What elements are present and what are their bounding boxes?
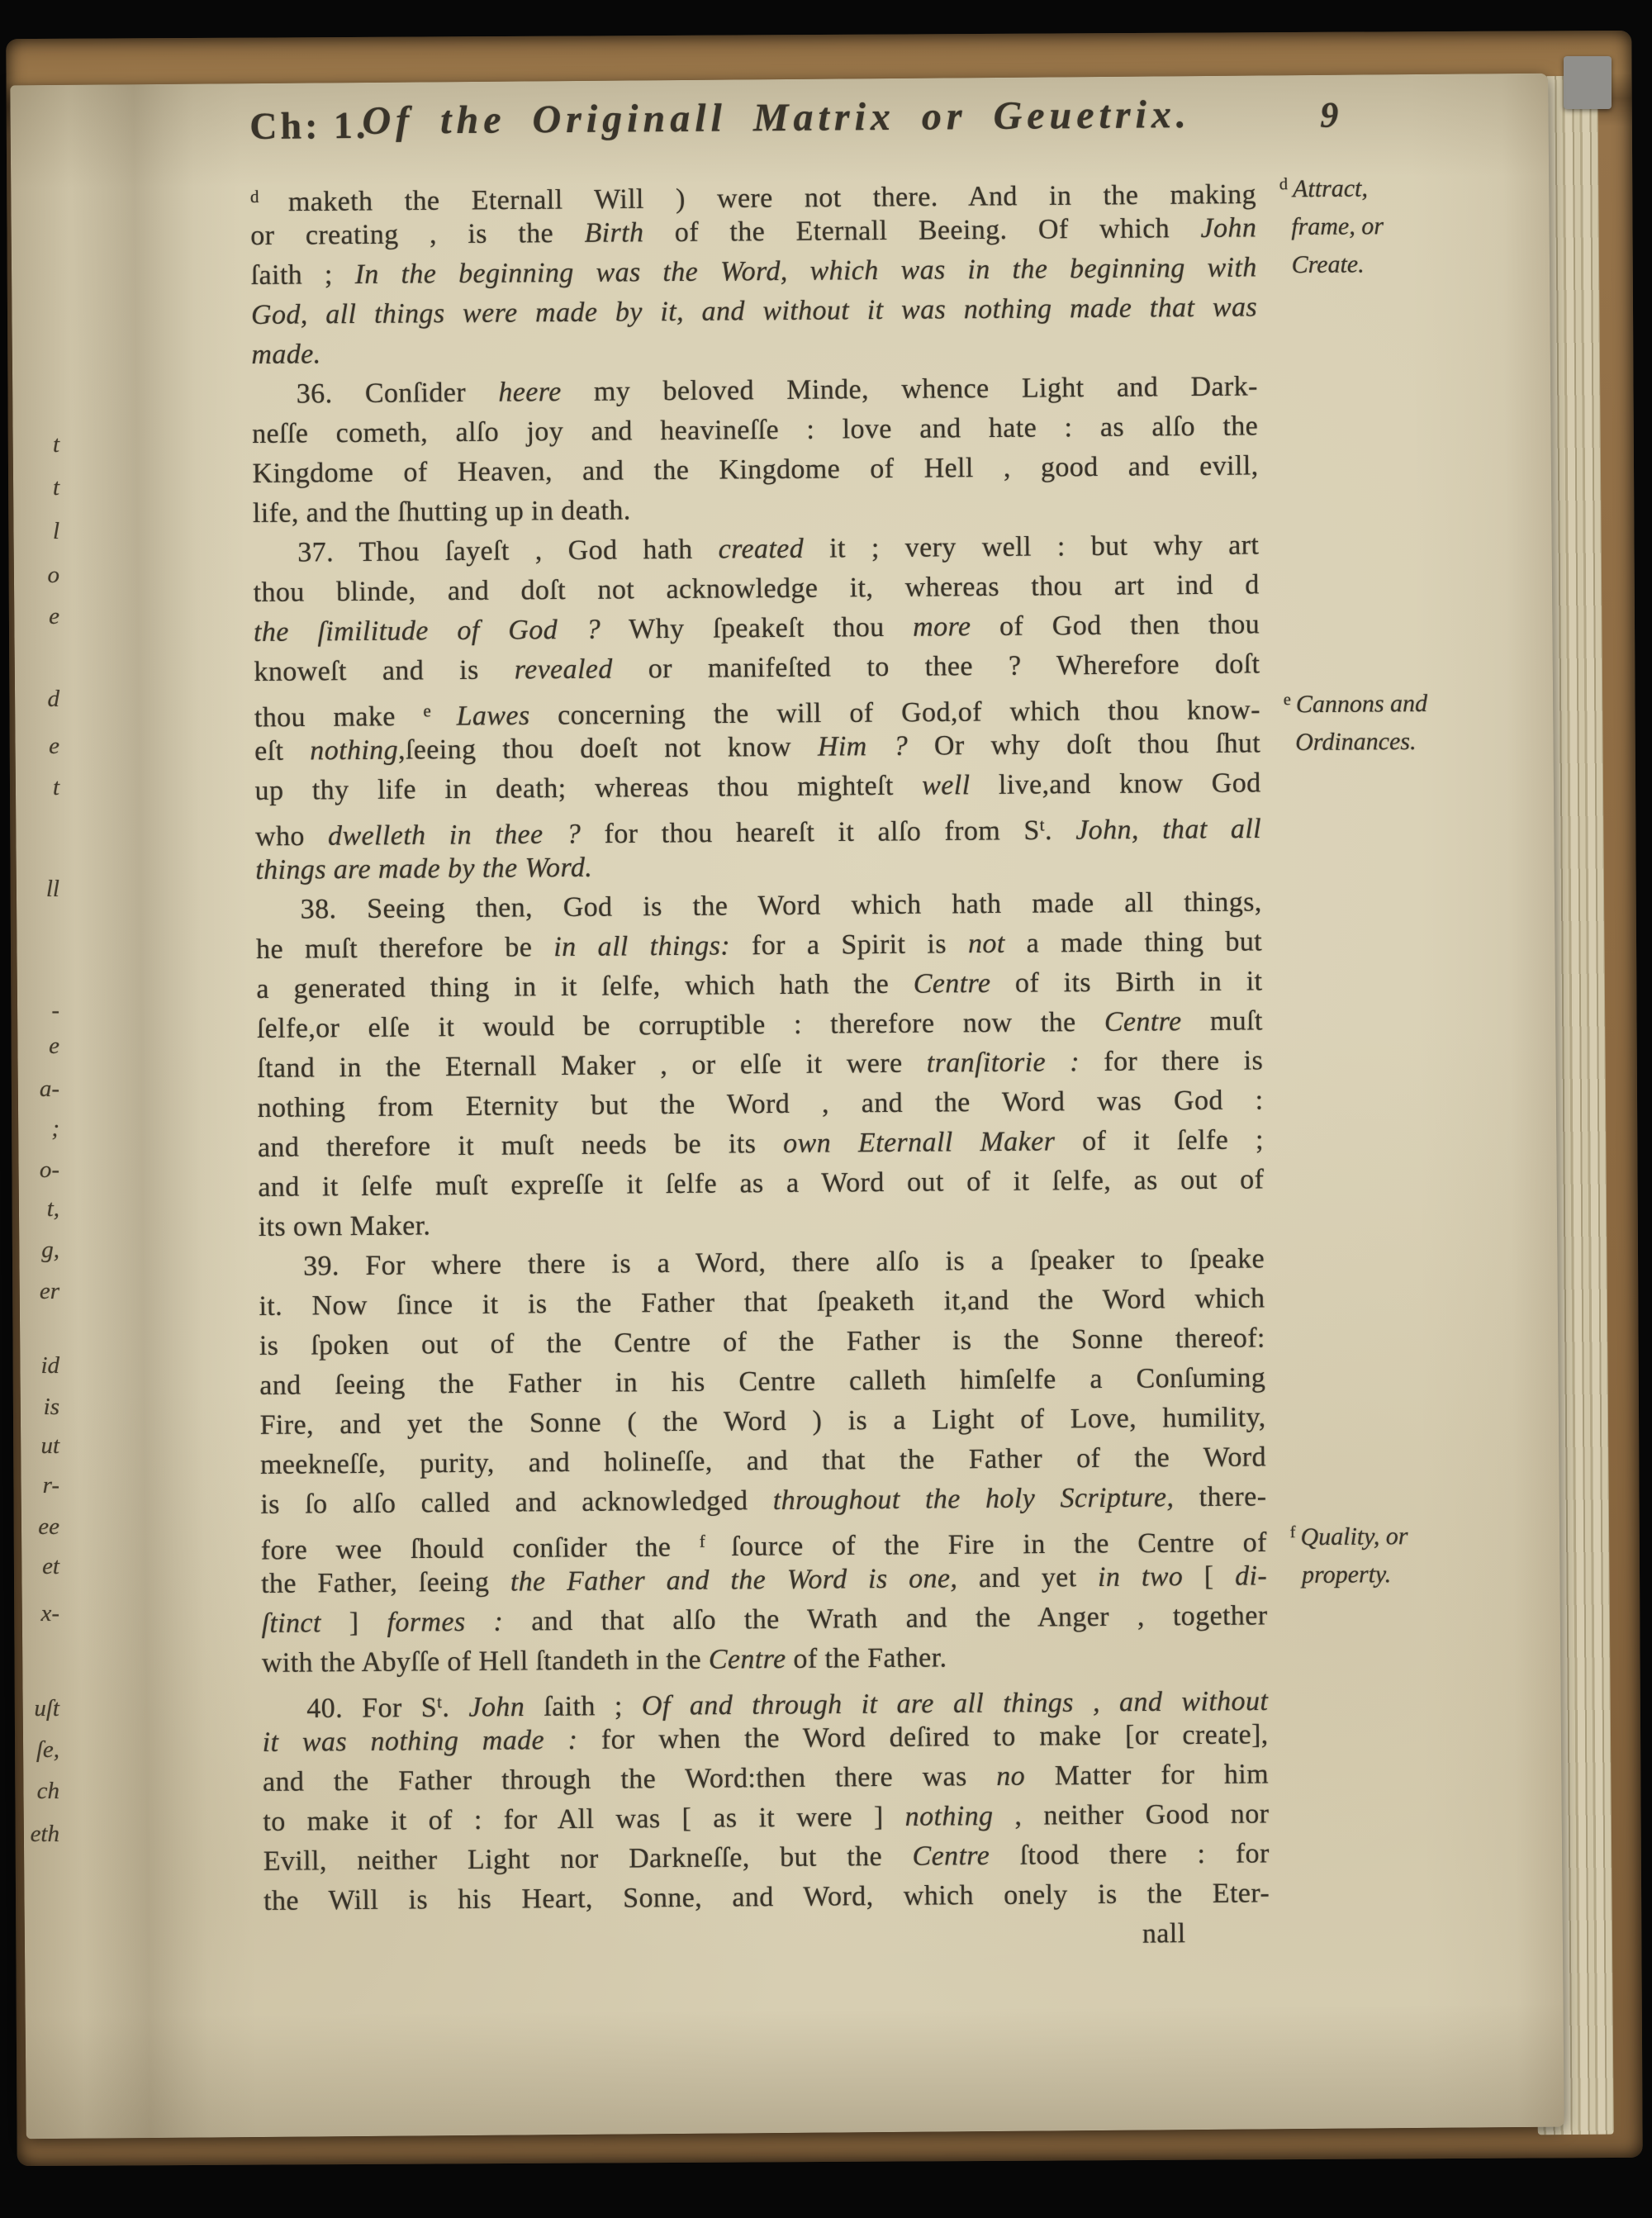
text-line: the Will is his Heart, Sonne, and Word, … <box>263 1874 1270 1921</box>
page-content: Ch: 1. Of the Originall Matrix or Geuetr… <box>248 88 1527 173</box>
edge-fragment: ee <box>38 1515 59 1539</box>
body-text: d maketh the Eternall Will ) were not th… <box>250 169 1270 1960</box>
edge-fragment: eth <box>31 1822 59 1846</box>
running-header: Ch: 1. Of the Originall Matrix or Geuetr… <box>248 88 1527 173</box>
book-scan: ttloedetll-ea-;o-t,g,eridisutr-eeetx-uſt… <box>0 0 1652 2218</box>
edge-fragment: - <box>51 999 59 1023</box>
edge-fragment: d <box>48 687 60 711</box>
text-line: ſtinct ] formes : and that alſo the Wrat… <box>261 1596 1267 1644</box>
page-number: 9 <box>1320 94 1338 136</box>
gutter-shadow <box>68 83 258 2139</box>
facing-page-edge-fragments: ttloedetll-ea-;o-t,g,eridisutr-eeetx-uſt… <box>15 0 64 2218</box>
edge-fragment: l <box>53 520 59 544</box>
note-reference-letter: e <box>1284 691 1291 709</box>
edge-fragment: e <box>49 734 59 758</box>
edge-fragment: uſt <box>34 1697 59 1721</box>
edge-fragment: t, <box>47 1197 59 1221</box>
edge-fragment: o <box>48 563 60 587</box>
edge-fragment: ut <box>40 1434 59 1458</box>
edge-fragment: x- <box>40 1602 59 1626</box>
margin-note: eCannons andOrdinances. <box>1284 679 1529 762</box>
text-line: Kingdome of Heaven, and the Kingdome of … <box>252 446 1258 494</box>
text-line: God, all things were made by it, and wit… <box>251 287 1257 335</box>
edge-fragment: ch <box>37 1779 59 1803</box>
edge-fragment: ; <box>51 1117 59 1141</box>
edge-fragment: e <box>49 1034 59 1058</box>
edge-fragment: ſe, <box>36 1738 59 1762</box>
edge-fragment: t <box>53 433 59 457</box>
edge-fragment: g, <box>41 1238 59 1262</box>
margin-note: dAttract,frame, orCreate. <box>1279 164 1525 284</box>
edge-fragment: t <box>53 776 59 800</box>
running-title: Of the Originall Matrix or Geuetrix. <box>297 91 1256 144</box>
scan-clip-tab <box>1564 56 1612 109</box>
edge-fragment: is <box>44 1395 59 1419</box>
catchword: nall <box>263 1913 1270 1961</box>
margin-notes: dAttract,frame, orCreate.eCannons andOrd… <box>1279 167 1524 169</box>
edge-fragment: t <box>53 476 59 500</box>
text-line: who dwelleth in thee ? for thou heareſt … <box>255 803 1261 851</box>
edge-fragment: er <box>40 1280 59 1304</box>
text-line: and it ſelfe muſt expreſſe it ſelfe as a… <box>258 1160 1264 1208</box>
edge-fragment: et <box>42 1555 59 1579</box>
edge-fragment: e <box>49 605 59 629</box>
edge-fragment: id <box>40 1354 59 1378</box>
edge-fragment: o- <box>40 1158 59 1182</box>
edge-fragment: ll <box>46 877 59 901</box>
edge-fragment: a- <box>40 1077 59 1101</box>
note-reference-letter: f <box>1290 1523 1296 1541</box>
note-reference-letter: d <box>1279 175 1288 193</box>
edge-fragment: r- <box>43 1474 59 1498</box>
margin-note: fQuality, orproperty. <box>1290 1512 1536 1594</box>
